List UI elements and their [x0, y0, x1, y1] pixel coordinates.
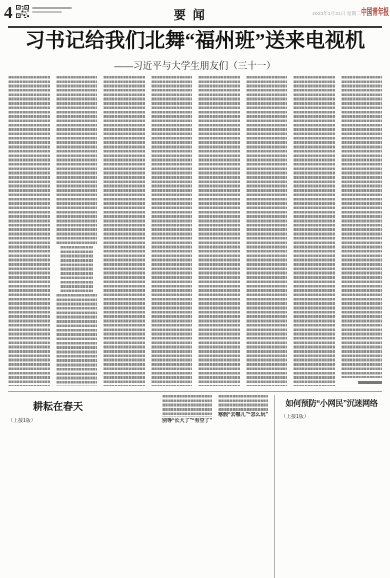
text-column	[8, 76, 50, 386]
text-column	[335, 414, 383, 578]
date-line: 2023年1月31日 星期二	[312, 11, 361, 17]
text-column	[114, 395, 156, 578]
text-column	[293, 76, 335, 386]
qr-code-icon	[16, 5, 29, 18]
article-columns	[8, 76, 382, 386]
text-column: （上接1版）	[281, 414, 329, 578]
text-column: 寒假“去哪儿”“怎么玩”	[218, 395, 268, 578]
section-title: 要闻	[174, 6, 212, 23]
text-column	[198, 76, 240, 386]
bottom-left-headline: 耕耘在春天	[8, 398, 108, 413]
text-column	[103, 76, 145, 386]
text-column	[56, 76, 98, 386]
text-column	[246, 76, 288, 386]
text-column	[151, 76, 193, 386]
main-headline: 习书记给我们北舞“福州班”送来电视机	[0, 30, 390, 53]
text-column	[61, 418, 108, 578]
section-divider	[8, 391, 382, 392]
article-credit	[358, 381, 382, 384]
header-meta-line	[32, 7, 72, 9]
newspaper-page: 4 要闻 2023年1月31日 星期二 中国青年报 习书记给我们北舞“福州班”送…	[0, 0, 390, 578]
header-meta-line	[32, 11, 62, 13]
bottom-middle-columns: 别等“长大了”“有空了” 寒假“去哪儿”“怎么玩”	[114, 395, 268, 578]
inline-subhead: 别等“长大了”“有空了”	[162, 418, 212, 425]
header-meta-text	[32, 7, 72, 15]
page-number: 4	[4, 3, 13, 23]
text-column	[341, 76, 383, 386]
bottom-section: 耕耘在春天 （上接1版） 别等“长大了”“有空了” 寒假“去哪儿”“怎么玩”	[8, 395, 382, 578]
column-divider	[274, 395, 275, 578]
inline-subhead: 寒假“去哪儿”“怎么玩”	[218, 412, 268, 419]
quoted-verse-block	[60, 246, 92, 292]
text-column: 别等“长大了”“有空了”	[162, 395, 212, 578]
text-column: （上接1版）	[8, 418, 55, 578]
masthead-logo: 中国青年报	[361, 5, 389, 18]
bottom-right-article: 如何预防“小网民”沉迷网络 （上接1版）	[281, 395, 382, 578]
continued-from-page1-label: （上接1版）	[281, 414, 329, 421]
main-subtitle: ——习近平与大学生朋友们（三十一）	[0, 58, 390, 72]
bottom-right-headline: 如何预防“小网民”沉迷网络	[281, 398, 382, 409]
header-divider	[8, 26, 382, 28]
bottom-left-article: 耕耘在春天 （上接1版）	[8, 395, 108, 578]
continued-from-page1-label: （上接1版）	[8, 418, 55, 425]
